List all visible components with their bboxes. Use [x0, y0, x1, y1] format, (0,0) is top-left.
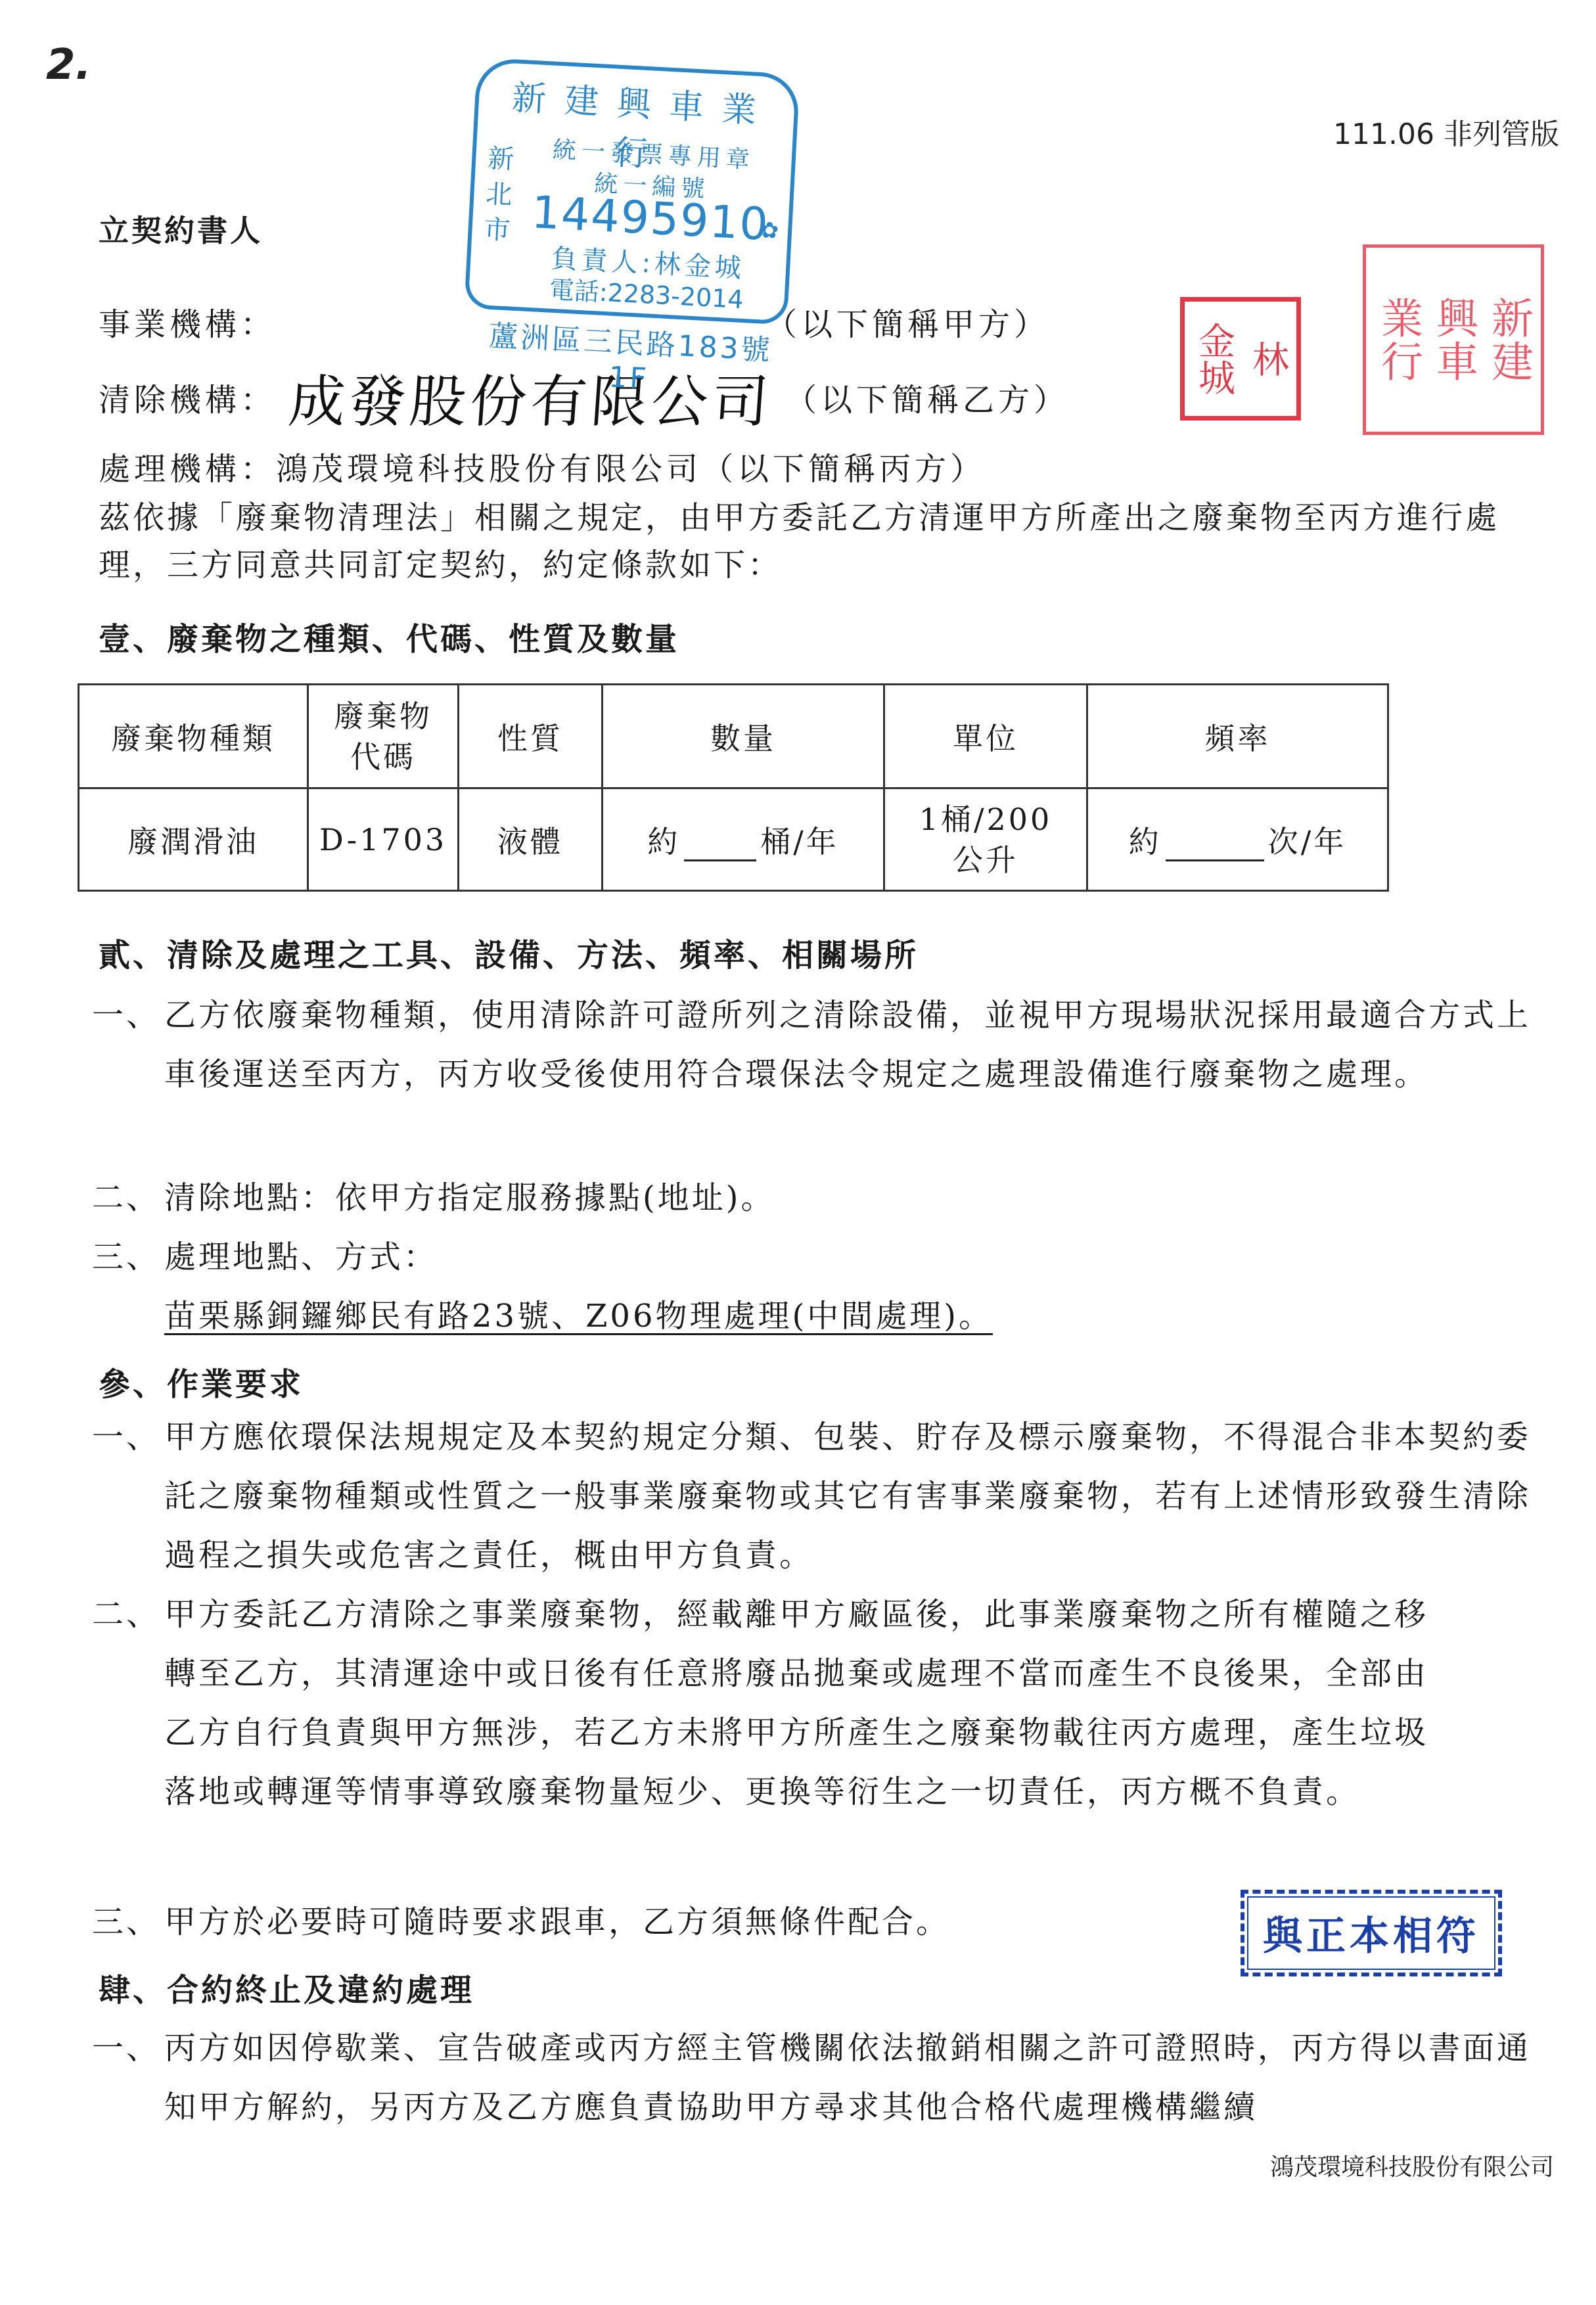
col-waste-code: 廢棄物代碼 [308, 685, 459, 788]
section-3-item-2: 二、 甲方委託乙方清除之事業廢棄物，經載離甲方廠區後，此事業廢棄物之所有權隨之移… [92, 1585, 1531, 1821]
cell-waste-type: 廢潤滑油 [79, 788, 308, 891]
section-1-heading: 壹、廢棄物之種類、代碼、性質及數量 [99, 614, 679, 659]
party-abbr: （以下簡稱甲方） [765, 299, 1049, 344]
col-waste-code-label: 廢棄物代碼 [334, 696, 432, 777]
party-abbr: （以下簡稱乙方） [785, 375, 1069, 420]
section-2-item-2: 二、 清除地點：依甲方指定服務據點(地址)。 [92, 1168, 1531, 1227]
col-unit: 單位 [884, 685, 1087, 788]
section-2-item-1: 一、 乙方依廢棄物種類，使用清除許可證所列之清除設備，並視甲方現場狀況採用最適合… [92, 986, 1531, 1104]
seal-char-col: 興車 [1426, 296, 1481, 383]
cell-frequency[interactable]: 約次/年 [1087, 788, 1388, 891]
company-seal: 新建 興車 業行 [1363, 244, 1544, 435]
invoice-stamp: 新建興車業行 新北市 統一發票專用章 統一編號 14495910 ✿ 負責人:林… [464, 57, 800, 325]
section-3-item-1: 一、 甲方應依環保法規規定及本契約規定分類、包裝、貯存及標示廢棄物，不得混合非本… [92, 1407, 1531, 1585]
item-number: 一、 [92, 2019, 160, 2078]
table-row: 廢潤滑油 D-1703 液體 約桶/年 1桶/200公升 約次/年 [79, 788, 1388, 891]
col-quantity: 數量 [603, 685, 884, 788]
section-4-heading: 肆、合約終止及違約處理 [99, 1965, 474, 2010]
page-number-handwritten: 2. [46, 41, 91, 89]
seal-char-col: 業行 [1371, 296, 1426, 383]
item-number: 二、 [92, 1585, 160, 1644]
section-2-item-3: 三、 處理地點、方式： 苗栗縣銅鑼鄉民有路23號、Z06物理處理(中間處理)。 [92, 1227, 1531, 1346]
quantity-blank-field[interactable] [684, 836, 756, 861]
treatment-location-detail: 苗栗縣銅鑼鄉民有路23號、Z06物理處理(中間處理)。 [164, 1287, 1531, 1346]
party-label: 清除機構： [99, 375, 276, 420]
item-text: 甲方應依環保法規規定及本契約規定分類、包裝、貯存及標示廢棄物，不得混合非本契約委… [164, 1407, 1531, 1585]
party-label: 事業機構： [99, 299, 276, 344]
stamp-city: 新北市 [483, 141, 521, 248]
item-text: 清除地點：依甲方指定服務據點(地址)。 [164, 1168, 1531, 1227]
seal-char-col: 金城 [1188, 322, 1239, 396]
item-text: 甲方委託乙方清除之事業廢棄物，經載離甲方廠區後，此事業廢棄物之所有權隨之移轉至乙… [164, 1585, 1446, 1821]
table-header-row: 廢棄物種類 廢棄物代碼 性質 數量 單位 頻率 [79, 685, 1388, 788]
plum-blossom-icon: ✿ [760, 217, 780, 244]
frequency-blank-field[interactable] [1166, 836, 1264, 861]
party-name: 鴻茂環境科技股份有限公司 [276, 451, 702, 488]
item-text: 乙方依廢棄物種類，使用清除許可證所列之清除設備，並視甲方現場狀況採用最適合方式上… [164, 986, 1531, 1104]
certified-copy-stamp: 與正本相符 [1241, 1890, 1502, 1976]
item-number: 三、 [92, 1892, 160, 1951]
version-label: 111.06 非列管版 [1333, 110, 1559, 152]
item-number: 一、 [92, 986, 160, 1045]
qty-prefix: 約 [647, 824, 680, 859]
item-number: 二、 [92, 1168, 160, 1227]
section-3-heading: 參、作業要求 [99, 1359, 304, 1404]
col-frequency: 頻率 [1087, 685, 1388, 788]
section-2-heading: 貳、清除及處理之工具、設備、方法、頻率、相關場所 [99, 930, 919, 975]
seal-char-col: 新建 [1481, 296, 1536, 383]
freq-suffix: 次/年 [1268, 824, 1347, 859]
party-label: 處理機構： [99, 444, 276, 489]
personal-seal: 林 金城 [1180, 297, 1301, 421]
waste-table: 廢棄物種類 廢棄物代碼 性質 數量 單位 頻率 廢潤滑油 D-1703 液體 約… [78, 683, 1389, 892]
seal-char-col: 林 [1242, 340, 1293, 377]
qty-suffix: 桶/年 [760, 824, 839, 859]
item-number: 三、 [92, 1227, 160, 1287]
freq-prefix: 約 [1129, 824, 1162, 859]
footer-company-name: 鴻茂環境科技股份有限公司 [1270, 2149, 1554, 2182]
stamp-address: 蘆洲區三民路183號1F [477, 311, 783, 403]
cell-unit: 1桶/200公升 [884, 788, 1087, 891]
party-business-entity: 事業機構： （以下簡稱甲方） [99, 299, 276, 344]
cell-nature: 液體 [459, 788, 603, 891]
party-clearance-entity: 清除機構： 成發股份有限公司 （以下簡稱乙方） [99, 375, 276, 420]
cell-quantity[interactable]: 約桶/年 [603, 788, 884, 891]
intro-paragraph: 茲依據「廢棄物清理法」相關之規定，由甲方委託乙方清運甲方所產出之廢棄物至丙方進行… [99, 494, 1531, 589]
party-abbr: （以下簡稱丙方） [702, 451, 986, 488]
item-text: 丙方如因停歇業、宣告破產或丙方經主管機關依法撤銷相關之許可證照時，丙方得以書面通… [164, 2019, 1531, 2137]
unit-text: 1桶/200公升 [910, 799, 1061, 880]
signer-title: 立契約書人 [99, 207, 263, 250]
cell-waste-code: D-1703 [308, 788, 459, 891]
section-4-item-1: 一、 丙方如因停歇業、宣告破產或丙方經主管機關依法撤銷相關之許可證照時，丙方得以… [92, 2019, 1531, 2137]
item-text: 處理地點、方式： [164, 1227, 1531, 1287]
party-treatment-entity: 處理機構：鴻茂環境科技股份有限公司（以下簡稱丙方） [99, 444, 986, 489]
item-number: 一、 [92, 1407, 160, 1467]
col-waste-type: 廢棄物種類 [79, 685, 308, 788]
col-nature: 性質 [459, 685, 603, 788]
